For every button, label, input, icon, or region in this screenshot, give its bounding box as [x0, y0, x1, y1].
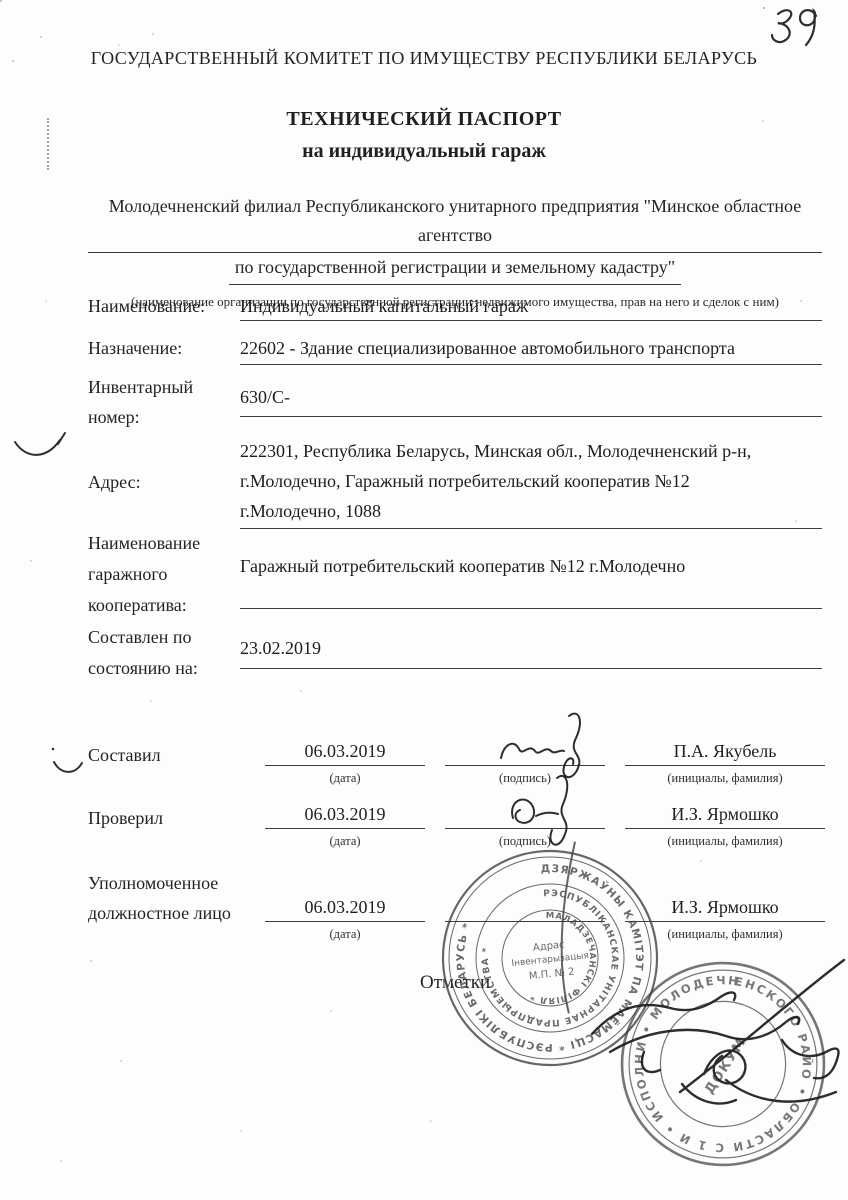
- signature-date-cell: 06.03.2019 (дата): [265, 803, 425, 849]
- field-value: Гаражный потребительский кооператив №12 …: [240, 528, 822, 609]
- date-value: 06.03.2019: [265, 896, 425, 922]
- scanned-document-page: ГОСУДАРСТВЕННЫЙ КОМИТЕТ ПО ИМУЩЕСТВУ РЕС…: [0, 0, 848, 1200]
- scan-noise: [0, 0, 2, 2]
- document-subtitle: на индивидуальный гараж: [0, 140, 848, 163]
- field-label: Адрес:: [88, 436, 240, 497]
- field-label: Инвентарный номер:: [88, 372, 240, 432]
- date-caption: (дата): [265, 771, 425, 786]
- name-caption: (инициалы, фамилия): [625, 771, 825, 786]
- date-value: 06.03.2019: [265, 803, 425, 829]
- field-label: Наименование:: [88, 295, 240, 317]
- signature-row-checked: Проверил 06.03.2019 (дата) (подпись) И.З…: [88, 803, 825, 849]
- date-caption: (дата): [265, 927, 425, 942]
- date-caption: (дата): [265, 834, 425, 849]
- field-row-inventory-number: Инвентарный номер: 630/С-: [88, 372, 822, 432]
- field-label: Наименование гаражного кооператива:: [88, 528, 240, 621]
- field-value: 630/С-: [240, 372, 822, 417]
- field-value: 23.02.2019: [240, 622, 822, 669]
- name-caption: (инициалы, фамилия): [625, 834, 825, 849]
- handwritten-margin-mark: [48, 744, 90, 782]
- name-value: И.З. Ярмошко: [625, 803, 825, 829]
- field-row-cooperative: Наименование гаражного кооператива: Гара…: [88, 528, 822, 621]
- signature-role: Проверил: [88, 803, 245, 849]
- field-value: 22602 - Здание специализированное автомо…: [240, 337, 822, 365]
- signature-role: Уполномоченное должностное лицо: [88, 868, 245, 942]
- signature-name-cell: И.З. Ярмошко (инициалы, фамилия): [625, 803, 825, 849]
- handwritten-margin-mark: [10, 428, 70, 468]
- field-label: Составлен по состоянию на:: [88, 622, 240, 684]
- handwritten-page-number: [758, 2, 834, 50]
- signature-name-cell: П.А. Якубель (инициалы, фамилия): [625, 740, 825, 786]
- field-label: Назначение:: [88, 337, 240, 359]
- field-row-address: Адрес: 222301, Республика Беларусь, Минс…: [88, 436, 822, 529]
- document-title: ТЕХНИЧЕСКИЙ ПАСПОРТ: [0, 108, 848, 131]
- organization-line2: по государственной регистрации и земельн…: [88, 253, 822, 285]
- signature-row-compiled: Составил 06.03.2019 (дата) (подпись) П.А…: [88, 740, 825, 786]
- date-value: 06.03.2019: [265, 740, 425, 766]
- field-row-purpose: Назначение: 22602 - Здание специализиров…: [88, 337, 822, 365]
- address-line: г.Молодечно, Гаражный потребительский ко…: [240, 466, 822, 496]
- field-value: Индивидуальный капитальный гараж: [240, 295, 822, 321]
- document-header: ГОСУДАРСТВЕННЫЙ КОМИТЕТ ПО ИМУЩЕСТВУ РЕС…: [0, 48, 848, 69]
- stamp-center-line2: Інвентарызацыя: [511, 951, 589, 969]
- stamp-center-line3: М.П. № 2: [528, 967, 575, 983]
- signature-role: Составил: [88, 740, 245, 786]
- handwritten-signature-cluster: [586, 956, 848, 1148]
- field-value: 222301, Республика Беларусь, Минская обл…: [240, 436, 822, 529]
- address-line: 222301, Республика Беларусь, Минская обл…: [240, 436, 822, 466]
- signature-date-cell: 06.03.2019 (дата): [265, 868, 425, 942]
- address-line: г.Молодечно, 1088: [240, 496, 822, 526]
- field-row-as-of-date: Составлен по состоянию на: 23.02.2019: [88, 622, 822, 684]
- organization-line1: Молодечненский филиал Республиканского у…: [88, 192, 822, 253]
- stamp-center-line1: Адрас: [532, 939, 565, 953]
- name-value: П.А. Якубель: [625, 740, 825, 766]
- field-row-name: Наименование: Индивидуальный капитальный…: [88, 295, 822, 321]
- signature-date-cell: 06.03.2019 (дата): [265, 740, 425, 786]
